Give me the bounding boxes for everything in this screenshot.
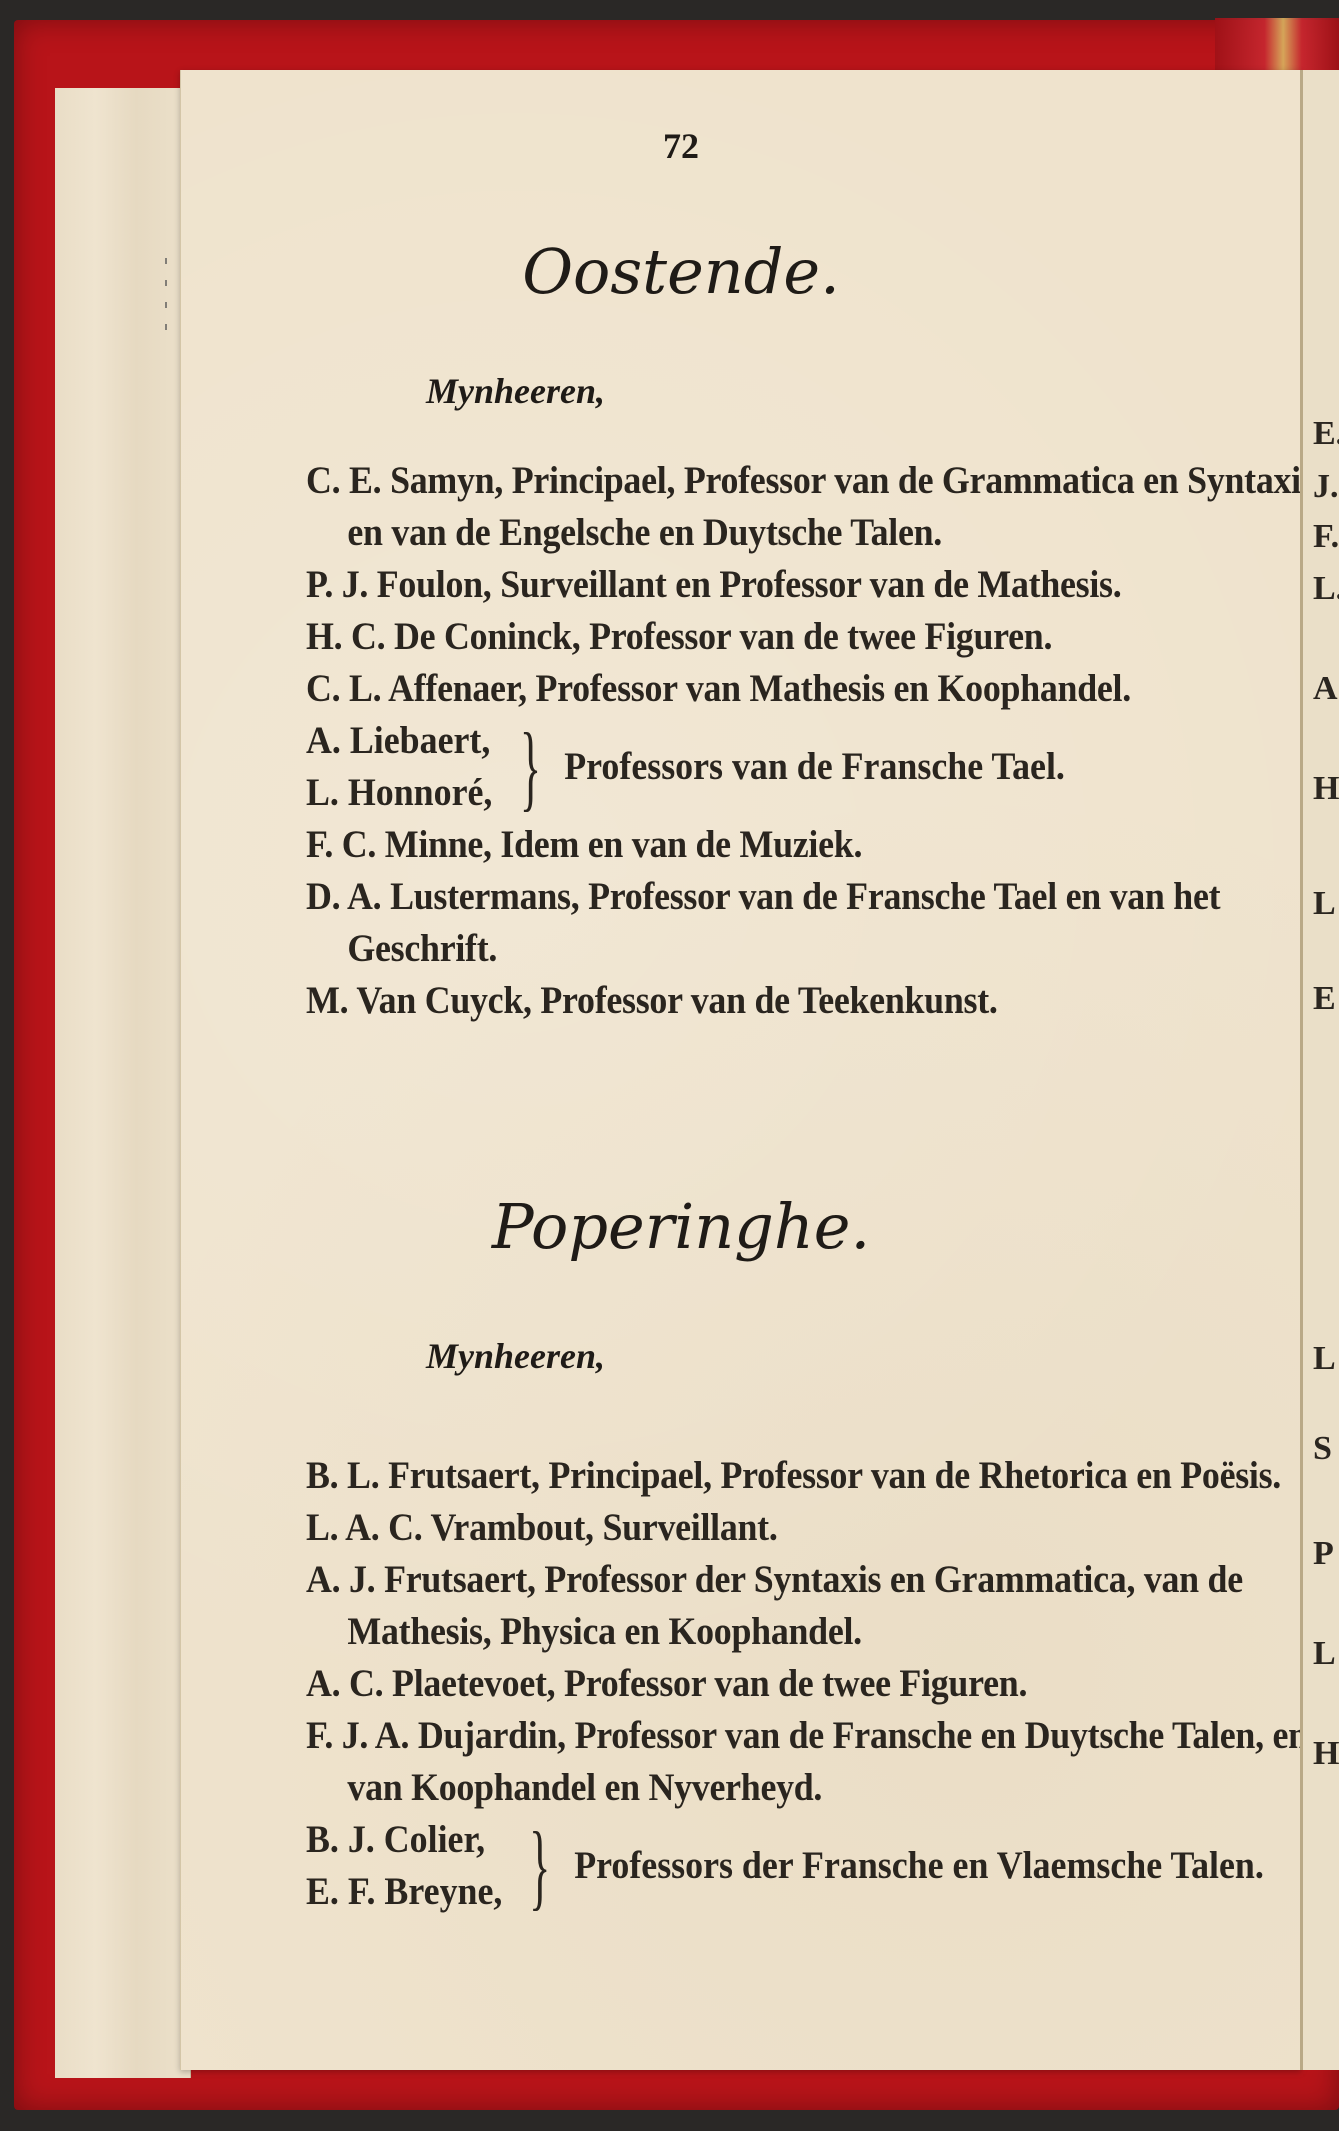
grouped-entry: A. Liebaert, L. Honnoré, } Professors va… bbox=[306, 715, 1286, 819]
edge-letter: E. bbox=[1313, 415, 1339, 453]
page-stack-edge bbox=[55, 88, 191, 2078]
page-number: 72 bbox=[121, 125, 1241, 167]
entry: C. L. Affenaer, Professor van Mathesis e… bbox=[306, 663, 1327, 715]
edge-letter: E bbox=[1313, 980, 1336, 1018]
group-name: L. Honnoré, bbox=[306, 767, 492, 819]
entry: C. E. Samyn, Principael, Professor van d… bbox=[306, 455, 1327, 559]
entry: A. J. Frutsaert, Professor der Syntaxis … bbox=[306, 1554, 1327, 1658]
section-title-oostende: Oostende. bbox=[121, 235, 1241, 308]
entry: M. Van Cuyck, Professor van de Teekenkun… bbox=[306, 975, 1327, 1027]
edge-letter: H bbox=[1313, 1735, 1339, 1773]
group-name: A. Liebaert, bbox=[306, 715, 492, 767]
entry: F. C. Minne, Idem en van de Muziek. bbox=[306, 819, 1327, 871]
entries-poperinghe: B. L. Frutsaert, Principael, Professor v… bbox=[306, 1450, 1286, 1918]
edge-letter: A bbox=[1313, 670, 1338, 708]
salutation-poperinghe: Mynheeren, bbox=[426, 1335, 605, 1377]
bookmark-ribbon bbox=[1215, 18, 1339, 74]
edge-letter: L bbox=[1313, 885, 1336, 923]
edge-letter: J. bbox=[1313, 468, 1339, 506]
edge-letter: P bbox=[1313, 1535, 1334, 1573]
entry: A. C. Plaetevoet, Professor van de twee … bbox=[306, 1658, 1327, 1710]
brace-icon: } bbox=[520, 719, 541, 815]
book-page: 72 Oostende. Mynheeren, C. E. Samyn, Pri… bbox=[180, 70, 1301, 2070]
edge-letter: L. bbox=[1313, 570, 1339, 608]
edge-letter: H bbox=[1313, 770, 1339, 808]
salutation-oostende: Mynheeren, bbox=[426, 370, 605, 412]
entry: P. J. Foulon, Surveillant en Professor v… bbox=[306, 559, 1327, 611]
entry: H. C. De Coninck, Professor van de twee … bbox=[306, 611, 1327, 663]
group-description: Professors der Fransche en Vlaemsche Tal… bbox=[574, 1840, 1264, 1892]
section-title-poperinghe: Poperinghe. bbox=[121, 1190, 1241, 1263]
entry: L. A. C. Vrambout, Surveillant. bbox=[306, 1502, 1327, 1554]
edge-letter: L bbox=[1313, 1340, 1336, 1378]
entry: B. L. Frutsaert, Principael, Professor v… bbox=[306, 1450, 1327, 1502]
edge-letter: F. bbox=[1313, 518, 1339, 556]
edge-letter: S bbox=[1313, 1430, 1332, 1468]
group-name: E. F. Breyne, bbox=[306, 1866, 502, 1918]
brace-icon: } bbox=[530, 1818, 551, 1914]
entry: F. J. A. Dujardin, Professor van de Fran… bbox=[306, 1710, 1327, 1814]
group-description: Professors van de Fransche Tael. bbox=[564, 741, 1065, 793]
entry: D. A. Lustermans, Professor van de Frans… bbox=[306, 871, 1327, 975]
entries-oostende: C. E. Samyn, Principael, Professor van d… bbox=[306, 455, 1286, 1027]
edge-letter: L bbox=[1313, 1635, 1336, 1673]
next-page-edge: E. J. F. L. A H L E L S P L H bbox=[1300, 70, 1339, 2070]
group-name: B. J. Colier, bbox=[306, 1814, 502, 1866]
grouped-entry: B. J. Colier, E. F. Breyne, } Professors… bbox=[306, 1814, 1286, 1918]
